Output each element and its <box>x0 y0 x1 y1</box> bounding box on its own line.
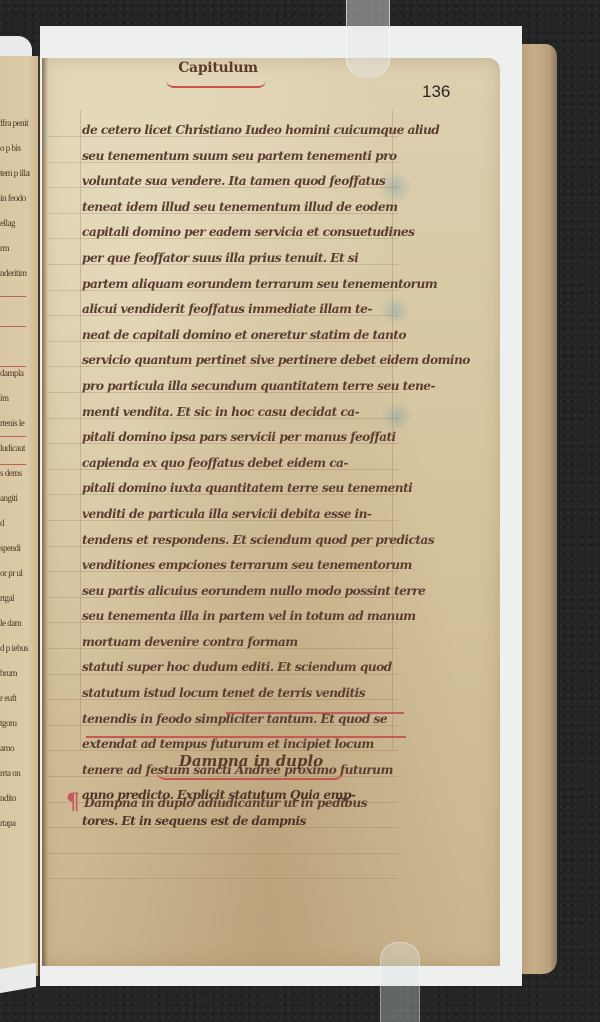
explicit-rubric-line <box>86 736 406 738</box>
left-page-fragment: nderitim <box>0 268 30 279</box>
manuscript-line: partem aliquam eorundem terrarum seu ten… <box>82 272 402 298</box>
manuscript-line: de cetero licet Christiano Iudeo homini … <box>82 118 402 144</box>
manuscript-line: seu tenementum suum seu partem tenementi… <box>82 144 402 170</box>
left-page-fragment: d p iebus <box>0 643 30 654</box>
book-fore-edge <box>519 44 557 974</box>
margin-rule-left <box>80 110 81 750</box>
left-facing-page: ffra penito p bistem p illamin feodoella… <box>0 56 40 976</box>
left-page-rubric <box>0 366 26 367</box>
left-page-fragment <box>0 318 30 329</box>
left-page-fragment <box>0 293 30 304</box>
left-page-fragment: rtgal <box>0 593 30 604</box>
ruling-line <box>48 853 398 854</box>
manuscript-line: per que feoffator suus illa prius tenuit… <box>82 246 402 272</box>
explicit-rubric-line <box>226 712 404 714</box>
manuscript-line: venditiones empciones terrarum seu tenem… <box>82 553 402 579</box>
manuscript-line: mortuam devenire contra formam <box>82 630 402 656</box>
left-page-fragment: d <box>0 518 30 529</box>
left-page-fragment: amo <box>0 743 30 754</box>
manuscript-line: seu partis alicuius eorundem nullo modo … <box>82 579 402 605</box>
left-page-fragment: rtapa <box>0 818 30 829</box>
left-page-fragment: spendi <box>0 543 30 554</box>
left-page-fragment: r euft <box>0 693 30 704</box>
bottom-mount-clip <box>380 942 420 1022</box>
left-page-fragment: tem p illam <box>0 168 30 179</box>
left-page-rubric <box>0 436 26 437</box>
left-page-rubric <box>0 326 26 327</box>
manuscript-line: voluntate sua vendere. Ita tamen quod fe… <box>82 169 402 195</box>
section-heading-rubric <box>156 770 344 780</box>
manuscript-line: capienda ex quo feoffatus debet eidem ca… <box>82 451 402 477</box>
manuscript-line: tenendis in feodo simpliciter tantum. Et… <box>82 707 402 733</box>
left-page-fragment: or pr ul <box>0 568 30 579</box>
left-page-fragment: ludicaut <box>0 443 30 454</box>
left-page-rubric <box>0 464 26 465</box>
left-page-fragment: rm <box>0 243 30 254</box>
top-mount-clip <box>346 0 390 78</box>
left-page-fragment: rtenis le <box>0 418 30 429</box>
text-block: de cetero licet Christiano Iudeo homini … <box>82 118 402 835</box>
manuscript-line: statutum istud locum tenet de terris ven… <box>82 681 402 707</box>
manuscript-line: capitali domino per eadem servicia et co… <box>82 220 402 246</box>
section-first-line: Dampna in duplo adiudicantur ut in pedib… <box>84 796 404 810</box>
manuscript-line: statuti super hoc dudum editi. Et sciend… <box>82 655 402 681</box>
paraph-mark: ¶ <box>66 790 80 820</box>
left-mount-corner <box>0 36 32 58</box>
left-page-fragment: ellag <box>0 218 30 229</box>
running-head-rubric <box>166 80 266 88</box>
manuscript-line: pitali domino iuxta quantitatem terre se… <box>82 476 402 502</box>
left-page-fragment: dampla <box>0 368 30 379</box>
left-page-rubric <box>0 296 26 297</box>
left-page-fragment: angiti <box>0 493 30 504</box>
left-page-fragment: s dems <box>0 468 30 479</box>
left-page-fragment: in feodo <box>0 193 30 204</box>
manuscript-line: tendens et respondens. Et sciendum quod … <box>82 528 402 554</box>
folio-number: 136 <box>422 82 450 102</box>
left-page-fragment: ffra penit <box>0 118 30 129</box>
page-gutter <box>42 58 48 966</box>
manuscript-line: teneat idem illud seu tenementum illud d… <box>82 195 402 221</box>
manuscript-line: menti vendita. Et sic in hoc casu decida… <box>82 400 402 426</box>
ruling-line <box>48 878 398 879</box>
manuscript-line: seu tenementa illa in partem vel in totu… <box>82 604 402 630</box>
manuscript-line: neat de capitali domino et oneretur stat… <box>82 323 402 349</box>
manuscript-line: servicio quantum pertinet sive pertinere… <box>82 348 402 374</box>
left-page-fragment <box>0 343 30 354</box>
manuscript-line: pro particula illa secundum quantitatem … <box>82 374 402 400</box>
left-page-fragment: rrta on <box>0 768 30 779</box>
left-page-fragment: le dam <box>0 618 30 629</box>
left-page-fragment: ndito <box>0 793 30 804</box>
left-page-fragment: o p bis <box>0 143 30 154</box>
left-page-fragment: brum <box>0 668 30 679</box>
manuscript-line: alicui vendiderit feoffatus immediate il… <box>82 297 402 323</box>
manuscript-line: pitali domino ipsa pars servicii per man… <box>82 425 402 451</box>
manuscript-line: tores. Et in sequens est de dampnis <box>82 809 402 835</box>
manuscript-line: venditi de particula illa servicii debit… <box>82 502 402 528</box>
left-page-fragment: im <box>0 393 30 404</box>
left-page-fragment: tgoru <box>0 718 30 729</box>
